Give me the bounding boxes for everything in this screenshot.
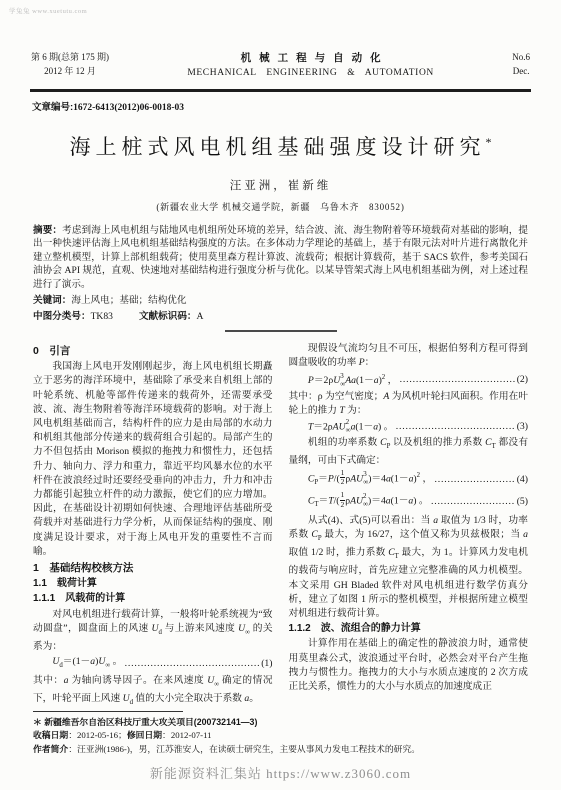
month-en: Dec. — [512, 64, 530, 78]
affiliation: (新疆农业大学 机械交通学院，新疆 乌鲁木齐 830052) — [0, 200, 561, 213]
authors: 汪亚洲，崔新维 — [0, 177, 561, 193]
equation-2-leader: ………………………………………… — [399, 373, 514, 387]
keywords: 关键词：海上风电；基础；结构优化 — [33, 294, 528, 307]
footnote-bio: 作者简介：汪亚洲(1986-)，男，江苏淮安人，在读硕士研究生，主要从事风力发电… — [33, 743, 528, 757]
footnote-dates: 收稿日期：2012-05-16；修回日期：2012-07-11 — [33, 729, 528, 743]
doc-code-label: 文献标识码： — [139, 311, 197, 322]
equation-5-body: CT＝T/(12ρAU2∞)＝4a(1－a) 。 — [289, 491, 429, 512]
equation-4: CP＝P/(12ρAU3∞)＝4a(1－a)2 ， …………………………… (4… — [289, 469, 529, 490]
paragraph: 机组的功率系数 CP 以及机组的推力系数 CT 都没有量纲，可由下式确定： — [289, 436, 529, 468]
clc-value: TK83 — [91, 311, 113, 322]
equation-1-body: Ud＝(1－a)U∞ 。 — [33, 655, 122, 673]
paper-page: 学兔兔 www.xuetutu.com 第 6 期(总第 175 期) 2012… — [0, 0, 561, 790]
section-divider — [225, 330, 337, 332]
header-issue-block: 第 6 期(总第 175 期) 2012 年 12 月 — [31, 50, 109, 78]
article-number: 文章编号:1672-6413(2012)06-0018-03 — [32, 99, 184, 113]
paragraph: 其中：ρ 为空气密度；A 为风机叶轮扫风面积。作用在叶轮上的推力 T 为： — [289, 390, 529, 418]
section-heading-1-1-1: 1.1.1 风载荷的计算 — [33, 592, 273, 606]
paragraph: 对风电机组进行载荷计算，一般将叶轮系统视为“致动圆盘”，圆盘面上的风速 Ud 与… — [33, 608, 273, 655]
keywords-text: 海上风电；基础；结构优化 — [71, 295, 186, 306]
right-column: 现假设气流均匀且不可压，根据伯努利方程可得到圆盘吸收的功率 P： P＝2ρU3∞… — [289, 342, 529, 704]
paper-title: 海上桩式风电机组基础强度设计研究* — [0, 131, 561, 161]
section-heading-1-1: 1.1 载荷计算 — [33, 577, 273, 591]
equation-4-number: (4) — [517, 473, 528, 487]
top-watermark: 学兔兔 www.xuetutu.com — [9, 6, 87, 15]
issue-cn: 第 6 期(总第 175 期) — [31, 50, 109, 64]
title-footnote-mark: * — [486, 135, 492, 149]
abstract-block: 摘要：考虑到海上风电机组与陆地风电机组所处环境的差异，结合波、流、海生物附着等环… — [33, 224, 528, 324]
article-number-value: 1672-6413(2012)06-0018-03 — [73, 103, 184, 113]
equation-5-leader: …………………………… — [431, 495, 515, 509]
equation-3-number: (3) — [517, 420, 528, 434]
equation-2: P＝2ρU3∞Aa(1－a)2 ， ………………………………………… (2) — [289, 371, 529, 388]
equation-1: Ud＝(1－a)U∞ 。 ………………………………………… (1) — [33, 655, 273, 673]
equation-3-leader: ………………………………………… — [395, 420, 514, 434]
journal-header: 第 6 期(总第 175 期) 2012 年 12 月 机械工程与自动化 MEC… — [31, 50, 530, 78]
paper-title-text: 海上桩式风电机组基础强度设计研究 — [70, 135, 486, 159]
equation-5-number: (5) — [517, 495, 528, 509]
body-columns: 0 引言 我国海上风电开发刚刚起步，海上风电机组长期矗立于恶劣的海洋环境中，基础… — [33, 342, 528, 704]
header-rule — [30, 89, 531, 92]
equation-1-leader: ………………………………………… — [124, 657, 259, 671]
abstract-text: 考虑到海上风电机组与陆地风电机组所处环境的差异，结合波、流、海生物附着等环境载荷… — [33, 225, 528, 290]
equation-1-number: (1) — [261, 657, 272, 671]
header-number-block: No.6 Dec. — [512, 50, 530, 78]
article-number-label: 文章编号: — [32, 102, 73, 113]
paragraph: 其中：a 为轴向诱导因子。在来风速度 U∞ 确定的情况下，叶轮平面上风速 Ud … — [33, 674, 273, 704]
equation-2-number: (2) — [517, 373, 528, 387]
paragraph: 从式(4)、式(5)可以看出：当 a 取值为 1/3 时，功率系数 CP 最大，… — [289, 514, 529, 621]
left-column: 0 引言 我国海上风电开发刚刚起步，海上风电机组长期矗立于恶劣的海洋环境中，基础… — [33, 342, 273, 704]
date-cn: 2012 年 12 月 — [31, 64, 109, 78]
section-heading-1: 1 基础结构校核方法 — [33, 561, 273, 575]
issue-en: No.6 — [512, 50, 530, 64]
clc-label: 中图分类号： — [33, 311, 91, 322]
keywords-label: 关键词： — [33, 295, 71, 306]
equation-5: CT＝T/(12ρAU2∞)＝4a(1－a) 。 …………………………… (5) — [289, 491, 529, 512]
equation-2-body: P＝2ρU3∞Aa(1－a)2 ， — [289, 371, 398, 388]
paragraph: 现假设气流均匀且不可压，根据伯努利方程可得到圆盘吸收的功率 P： — [289, 342, 529, 370]
equation-4-leader: …………………………… — [434, 473, 515, 487]
footnote-rule — [33, 711, 183, 712]
section-heading-0: 0 引言 — [33, 344, 273, 358]
abstract-label: 摘要： — [33, 225, 62, 236]
paragraph: 计算作用在基础上的确定性的静波浪力时，通常使用莫里森公式，波浪通过平台时，必然会… — [289, 637, 529, 694]
journal-name-cn: 机械工程与自动化 — [109, 50, 512, 65]
journal-name-block: 机械工程与自动化 MECHANICAL ENGINEERING & AUTOMA… — [109, 50, 512, 78]
journal-name-en: MECHANICAL ENGINEERING & AUTOMATION — [109, 68, 512, 78]
section-heading-1-1-2: 1.1.2 波、流组合的静力计算 — [289, 622, 529, 636]
doc-code-value: A — [197, 311, 204, 322]
equation-4-body: CP＝P/(12ρAU3∞)＝4a(1－a)2 ， — [289, 469, 433, 490]
paragraph: 我国海上风电开发刚刚起步，海上风电机组长期矗立于恶劣的海洋环境中，基础除了承受来… — [33, 360, 273, 559]
equation-3-body: T＝2ρAU2∞a(1－a) 。 — [289, 419, 394, 434]
footnote: ＊ 新疆维吾尔自治区科技厅重大攻关项目(200732141—3) 收稿日期：20… — [33, 711, 528, 757]
abstract: 摘要：考虑到海上风电机组与陆地风电机组所处环境的差异，结合波、流、海生物附着等环… — [33, 224, 528, 291]
equation-3: T＝2ρAU2∞a(1－a) 。 ………………………………………… (3) — [289, 419, 529, 434]
classification-line: 中图分类号：TK83文献标识码：A — [33, 310, 528, 323]
footnote-project: ＊ 新疆维吾尔自治区科技厅重大攻关项目(200732141—3) — [33, 716, 528, 730]
bottom-watermark: 新能源资料汇集站 https://www.z3060.com — [0, 763, 561, 782]
